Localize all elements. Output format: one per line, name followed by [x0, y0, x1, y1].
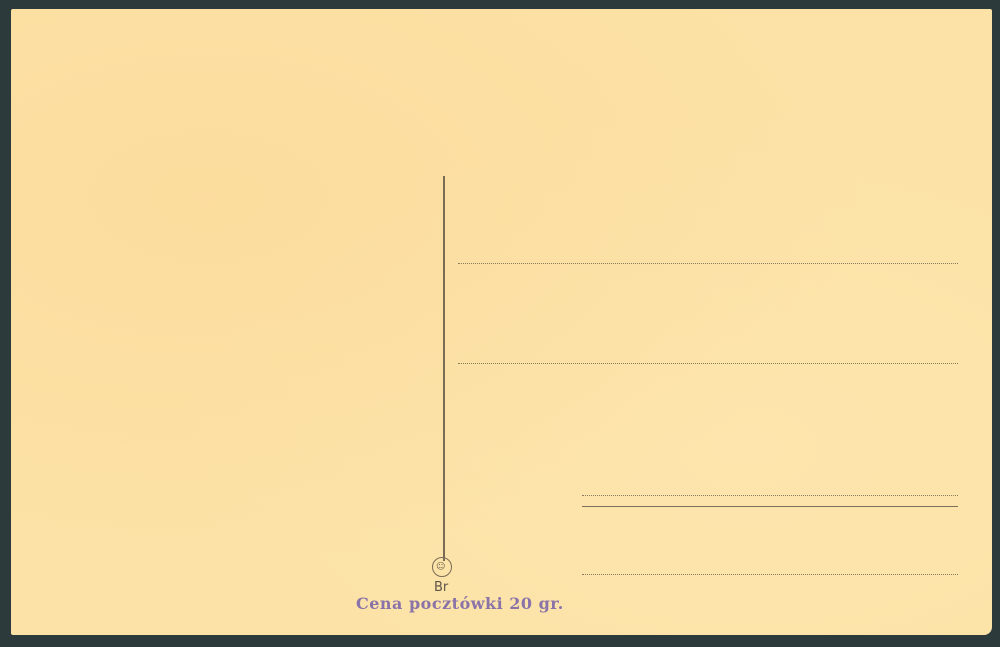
- address-underline: [582, 506, 958, 507]
- printer-mark: Br: [434, 580, 448, 595]
- address-line-1: [458, 263, 958, 264]
- face-emblem-icon: ☺: [432, 557, 452, 577]
- address-line-3: [582, 495, 958, 496]
- address-line-4: [582, 574, 958, 575]
- price-stamp: Cena pocztówki 20 gr.: [356, 594, 564, 613]
- address-line-2: [458, 363, 958, 364]
- postcard-back: ☺ Br Cena pocztówki 20 gr.: [11, 9, 992, 635]
- message-address-divider: [443, 176, 445, 561]
